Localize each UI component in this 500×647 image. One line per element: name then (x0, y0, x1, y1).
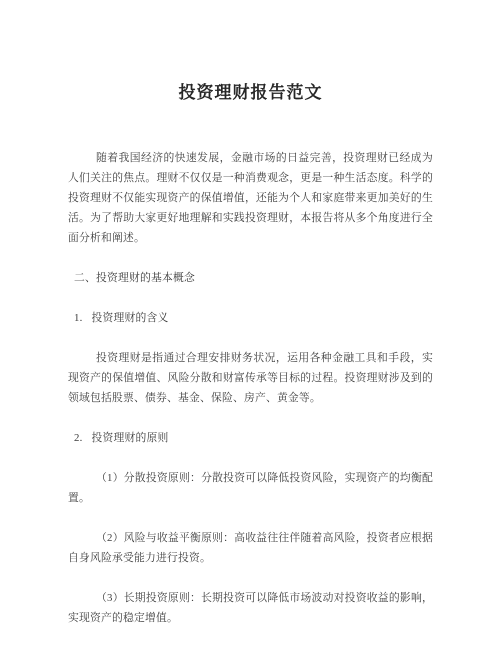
document-page: 投资理财报告范文 随着我国经济的快速发展，金融市场的日益完善，投资理财已经成为人… (0, 0, 500, 647)
intro-paragraph: 随着我国经济的快速发展，金融市场的日益完善，投资理财已经成为人们关注的焦点。理财… (68, 148, 433, 248)
subsection-number: 1. (74, 308, 83, 328)
principle-item-2: （2）风险与收益平衡原则：高收益往往伴随着高风险，投资者应根据自身风险承受能力进… (68, 528, 433, 568)
subsection-label: 投资理财的含义 (92, 312, 169, 324)
subsection-number: 2. (74, 428, 83, 448)
subsection-heading-principles: 2.投资理财的原则 (68, 428, 433, 448)
definition-paragraph: 投资理财是指通过合理安排财务状况，运用各种金融工具和手段，实现资产的保值增值、风… (68, 348, 433, 408)
subsection-label: 投资理财的原则 (92, 432, 169, 444)
principle-item-3: （3）长期投资原则：长期投资可以降低市场波动对投资收益的影响，实现资产的稳定增值… (68, 588, 433, 628)
subsection-heading-meaning: 1.投资理财的含义 (68, 308, 433, 328)
section-heading-basic-concepts: 二、投资理财的基本概念 (68, 268, 433, 288)
document-content: 投资理财报告范文 随着我国经济的快速发展，金融市场的日益完善，投资理财已经成为人… (68, 0, 433, 647)
document-title: 投资理财报告范文 (68, 82, 433, 104)
principle-item-1: （1）分散投资原则：分散投资可以降低投资风险，实现资产的均衡配置。 (68, 468, 433, 508)
